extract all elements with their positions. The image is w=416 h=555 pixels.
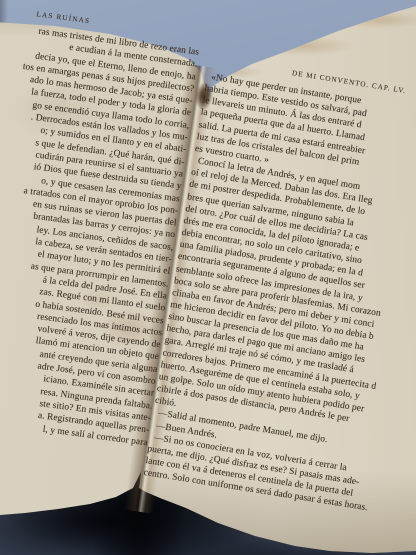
book-photo: LAS RUÍNAS ras mas tristes de mi libro d…	[0, 0, 416, 555]
